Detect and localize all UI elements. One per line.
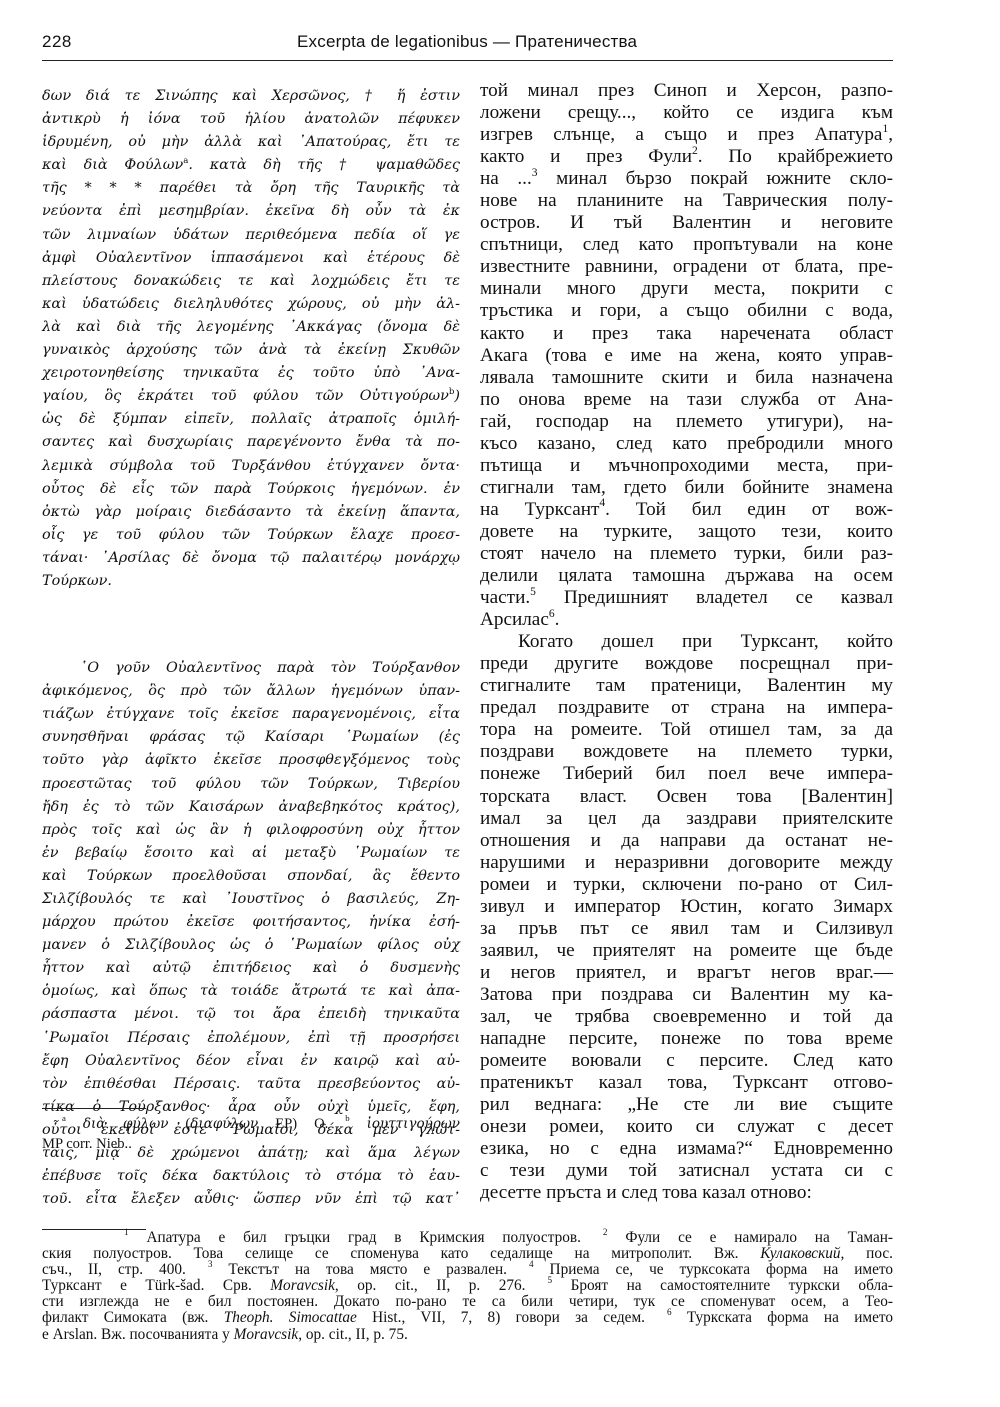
text-line: ῾Ο γοῦν Οὐαλεντῖνος παρὰ τὸν Τούρξανθον (42, 657, 460, 680)
text-line: стоят начело на племето турки, били раз- (480, 543, 893, 565)
text-line: Затова при поздрава си Валентин му ка- (480, 984, 893, 1006)
text-line: както и през Фули2. По крайбрежието (480, 146, 893, 168)
text-line: заявил, че приятелят на ромеите ще бъде (480, 940, 893, 962)
footnote-5-marker: 5 (548, 1275, 553, 1285)
footnote-ref-1[interactable]: 1 (882, 123, 888, 135)
text-line: ὁμοίως, καὶ ὅπως τὰ τοιάδε ἄτρωτά τε καὶ… (42, 980, 460, 1003)
text-line: ἱδρυμένη, οὐ μὴν ἀλλὰ καὶ ᾿Απατούρας, ἔτ… (42, 131, 460, 154)
text-line: части.5 Предишният владетел се казвал (480, 587, 893, 609)
text-line: καὶ διὰ Φούλωνa. κατὰ δὴ τῆς † ψαμαθῶδες (42, 154, 460, 177)
footnote-3-marker: 3 (208, 1259, 213, 1269)
text-line: поздрави вождовете на племето турки, (480, 741, 893, 763)
text-line: лявала тамошните скити и била назначена (480, 367, 893, 389)
running-title: Excerpta de legationibus — Пратеничества (297, 32, 637, 52)
text-line: изгрев слънце, а също и през Апатура1, (480, 124, 893, 146)
text-line: късо казано, след като пребродили много (480, 433, 893, 455)
text-line: λὰ καὶ διὰ τῆς λεγομένης ᾿Ακκάγας (ὄνομα… (42, 316, 460, 339)
bulgarian-paragraph-2: Когато дошел при Турксант, който преди д… (480, 631, 893, 1204)
text-line: преди другите вождове посрещнал при- (480, 653, 893, 675)
book-page: 228 Excerpta de legationibus — Пратениче… (0, 0, 1000, 1407)
footnote-line: 1 Апатура е бил гръцки град в Кримския п… (42, 1230, 893, 1246)
text-line: остров. И тъй Валентин и неговите (480, 212, 893, 234)
footnote-4-marker: 4 (529, 1259, 534, 1269)
greek-paragraph-1: δων διά τε Σινώπης καὶ Χερσῶνος, † ἥ ἐστ… (42, 85, 460, 593)
footnote-ref-2[interactable]: 2 (692, 145, 698, 157)
text-line: той минал през Синоп и Херсон, разпо- (480, 80, 893, 102)
text-line: καὶ ὑδατώδεις διεληλυθότες χώρους, οὐ μὴ… (42, 293, 460, 316)
text-line: οὗτος δὲ εἷς τῶν παρὰ Τούρκοις ἡγεμόνων.… (42, 478, 460, 501)
text-line: Акага (това е име на жена, която управ- (480, 345, 893, 367)
text-line: с тези думи той затиснал устата си с (480, 1160, 893, 1182)
text-line: ἔφη Οὐαλεντῖνος δέον εἶναι ἐν καιρῷ καὶ … (42, 1050, 460, 1073)
text-line: на Турксант4. Той бил един от вож- (480, 499, 893, 521)
footnote-ref-6[interactable]: 6 (549, 608, 555, 620)
text-line: χειροτονηθείσης τηνικαῦτα ἐς τοῦτο ὑπὸ ᾿… (42, 362, 460, 385)
text-line: пътища и мъчнопроходими места, при- (480, 455, 893, 477)
critical-apparatus: a διὰ φύλων (διαφύλων EP) O. b ἰουττιγού… (42, 1114, 460, 1154)
footnotes: 1 Апатура е бил гръцки град в Кримския п… (42, 1230, 893, 1343)
text-line: Когато дошел при Турксант, който (480, 631, 893, 653)
text-line: σαντες καὶ δυσχωρίαις παρεγένοντο ἔνθα τ… (42, 431, 460, 454)
text-line: ῾Ρωμαῖοι Πέρσαις ἐπολέμουν, ἐπὶ τῇ προσρ… (42, 1027, 460, 1050)
text-line: τῶν λιμναίων ὑδάτων περιθεόμενα πεδία οἵ… (42, 224, 460, 247)
text-line: за пръв път се явил там и Силзивул (480, 918, 893, 940)
footnote-line: ския полуостров. Това селище се споменув… (42, 1246, 893, 1262)
text-line: ἀμφὶ Οὐαλεντῖνον ἱππασάμενοι καὶ ἑτέρους… (42, 247, 460, 270)
text-line: ἧττον καὶ αὐτῷ ἐπιτήδειος καὶ ὁ δυσμενὴς (42, 957, 460, 980)
text-line: τῆς * * * παρέθει τὰ ὄρη τῆς Ταυρικῆς τὰ (42, 177, 460, 200)
text-line: δων διά τε Σινώπης καὶ Χερσῶνος, † ἥ ἐστ… (42, 85, 460, 108)
footnote-line: Турксант е Türk-šad. Срв. Moravcsik, op.… (42, 1278, 893, 1294)
text-line: тора на ромеите. Той отишел там, за да (480, 719, 893, 741)
apparatus-marker-b: b (449, 387, 455, 397)
text-line: ἀντικρὺ ἡ ἰόνα τοῦ ἡλίου ἀνατολῶν πέφυκε… (42, 108, 460, 131)
text-line: Арсилас6. (480, 609, 893, 631)
text-line: τιάζων ἐτύγχανε τοῖς ἐκεῖσε παραγενομένο… (42, 703, 460, 726)
text-line: както и през така наречената област (480, 323, 893, 345)
text-line: и негов приятел, и врагът негов враг.— (480, 962, 893, 984)
bulgarian-column: той минал през Синоп и Херсон, разпо- ло… (480, 80, 893, 1204)
text-line: гай, господар на племето утигури), на- (480, 411, 893, 433)
text-line: μάρχου πρώτου ἐκεῖσε φοιτήσαντος, ἡνίκα … (42, 911, 460, 934)
text-line: Τούρκων. (42, 570, 460, 593)
text-line: ἐν βεβαίῳ ἔσοιτο καὶ αἱ μεταξὺ ῾Ρωμαίων … (42, 842, 460, 865)
text-line: стигнали там, гдето били бойните знамена (480, 477, 893, 499)
text-line: рил веднага: „Не сте ли вие същите (480, 1094, 893, 1116)
footnote-6-marker: 6 (667, 1307, 672, 1317)
header-rule (42, 60, 893, 61)
text-line: десетте пръста и след това казал отново: (480, 1182, 893, 1204)
text-line: γαίου, ὃς ἐκράτει τοῦ φύλου τῶν Οὐτιγούρ… (42, 385, 460, 408)
text-line: Σιλζίβουλός τε καὶ ᾿Ιουστῖνος ὁ βασιλεύς… (42, 888, 460, 911)
text-line: ἀφικόμενος, ὃς πρὸ τῶν ἄλλων ἡγεμόνων ὑπ… (42, 680, 460, 703)
text-line: довете на турките, защото тези, които (480, 521, 893, 543)
footnote-1-marker: 1 (124, 1227, 129, 1237)
footnote-line: филакт Симоката (вж. Theoph. Simocattae … (42, 1310, 893, 1326)
text-line: минали много други места, покрити с (480, 278, 893, 300)
text-line: ложени срещу..., който се издига към (480, 102, 893, 124)
apparatus-marker-a: a (183, 156, 188, 166)
text-line: ромеи и турки, сключени по-рано от Сил- (480, 874, 893, 896)
text-line: стигналите там пратеници, Валентин му (480, 675, 893, 697)
text-line: отношения и да направи да останат не- (480, 830, 893, 852)
text-line: ἤδη ἐς τὸ τῶν Καισάρων ἀναβεβηκότος κράτ… (42, 796, 460, 819)
text-line: по онова време на тази служба от Ана- (480, 389, 893, 411)
text-line: πλείστους δονακώδεις τε καὶ λοχμώδεις ἔτ… (42, 270, 460, 293)
text-line: μανεν ὁ Σιλζίβουλος ὡς ὁ ῾Ρωμαίων φίλος … (42, 934, 460, 957)
text-line: нарушими и неразривни договорите между (480, 852, 893, 874)
text-line: онези ромеи, които си служат с десет (480, 1116, 893, 1138)
text-line: зал, че трябва своевременно и той да (480, 1006, 893, 1028)
text-line: καὶ Τούρκων προελθοῦσαι σπονδαί, ἃς ἔθεν… (42, 865, 460, 888)
text-line: οἷς γε τοῦ φύλου τῶν Τούρκων ἔλαχε προεσ… (42, 524, 460, 547)
text-line: зивул и император Юстин, когато Зимарх (480, 896, 893, 918)
text-line: τοῦ. εἶτα ἔλεξεν αὖθις· ὥσπερ νῦν ἐπὶ τῷ… (42, 1188, 460, 1211)
text-line: ромеите воювали с персите. След като (480, 1050, 893, 1072)
text-line: торската власт. Освен това [Валентин] (480, 786, 893, 808)
text-line: на ...3 минал бързо покрай южните скло- (480, 168, 893, 190)
footnote-2-marker: 2 (603, 1227, 608, 1237)
text-line: имал за цел да заздрави приятелските (480, 808, 893, 830)
apparatus-line: MP corr. Nieb.. (42, 1134, 460, 1154)
footnote-line: сти изглежда не е бил постоянен. Докато … (42, 1294, 893, 1310)
footnote-line: е Arslan. Вж. посочванията у Moravcsik, … (42, 1327, 893, 1343)
text-line: ὀκτὼ γὰρ μοίραις διεδάσαντο τὰ ἐκείνῃ ἅπ… (42, 501, 460, 524)
text-line: известните равнини, оградени от блата, п… (480, 256, 893, 278)
text-line: спътници, след като пропътували на коне (480, 234, 893, 256)
text-line: πρὸς τοῖς καὶ ὡς ἂν ἡ φιλοφροσύνη οὐχ ἧτ… (42, 819, 460, 842)
running-head: 228 Excerpta de legationibus — Пратениче… (42, 30, 892, 58)
text-line: предал поздравите от страна на импера- (480, 697, 893, 719)
text-line: συνησθῆναι φράσας τῷ Καίσαρι ῾Ρωμαίων (ἐ… (42, 726, 460, 749)
text-line: тръстика и гори, а също обилни с вода, (480, 300, 893, 322)
text-line: νεύοντα ἐπὶ μεσημβρίαν. ἐκεῖνα δὴ οὖν τὰ… (42, 200, 460, 223)
page-number: 228 (42, 32, 72, 52)
footnote-ref-3[interactable]: 3 (532, 167, 538, 179)
bulgarian-paragraph-1: той минал през Синоп и Херсон, разпо- ло… (480, 80, 893, 631)
text-line: ράσπαστα μένοι. τῷ τοι ἄρα ἐπειδὴ τηνικα… (42, 1003, 460, 1026)
text-line: λεμικὰ σύμβολα τοῦ Τυρξάνθου ἐτύγχανεν ὄ… (42, 455, 460, 478)
text-line: τὸν ἐπιθέσθαι Πέρσαις. ταῦτα πρεσβεύοντο… (42, 1073, 460, 1096)
text-line: езика, но с една измама?“ Едновременно (480, 1138, 893, 1160)
apparatus-line: a διὰ φύλων (διαφύλων EP) O. b ἰουττιγού… (42, 1114, 460, 1134)
greek-column: δων διά τε Σινώπης καὶ Χερσῶνος, † ἥ ἐστ… (42, 85, 460, 1211)
footnote-ref-5[interactable]: 5 (530, 586, 536, 598)
text-line: нове на планините на Таврическия полу- (480, 190, 893, 212)
text-line: делили цялата тамошна държава на осем (480, 565, 893, 587)
footnote-line: съч., II, стр. 400.3 Текстът на това мяс… (42, 1262, 893, 1278)
text-line: понеже Тиберий бил поел вече импера- (480, 763, 893, 785)
apparatus-rule (42, 1108, 146, 1109)
text-line: τάναι· ᾿Αρσίλας δὲ ὄνομα τῷ παλαιτέρῳ μο… (42, 547, 460, 570)
text-line: пратеникът казал това, Турксант отгово- (480, 1072, 893, 1094)
text-line: ὡς δὲ ξύμπαν εἰπεῖν, πολλαῖς ἀτραποῖς ὁμ… (42, 408, 460, 431)
text-line: нападне персите, понеже по това време (480, 1028, 893, 1050)
text-line: γυναικὸς ἀρχούσης τῶν ἀνὰ τὰ ἐκείνῃ Σκυθ… (42, 339, 460, 362)
footnote-ref-4[interactable]: 4 (599, 497, 605, 509)
text-line: ἐπέβυσε τοῖς δέκα δακτύλοις τὸ στόμα τὸ … (42, 1165, 460, 1188)
text-line: τοῦτο γὰρ ἀφῖκτο ἐκεῖσε προσφθεγξόμενος … (42, 749, 460, 772)
text-line: προεστῶτας τοῦ φύλου τῶν Τούρκων, Τιβερί… (42, 773, 460, 796)
